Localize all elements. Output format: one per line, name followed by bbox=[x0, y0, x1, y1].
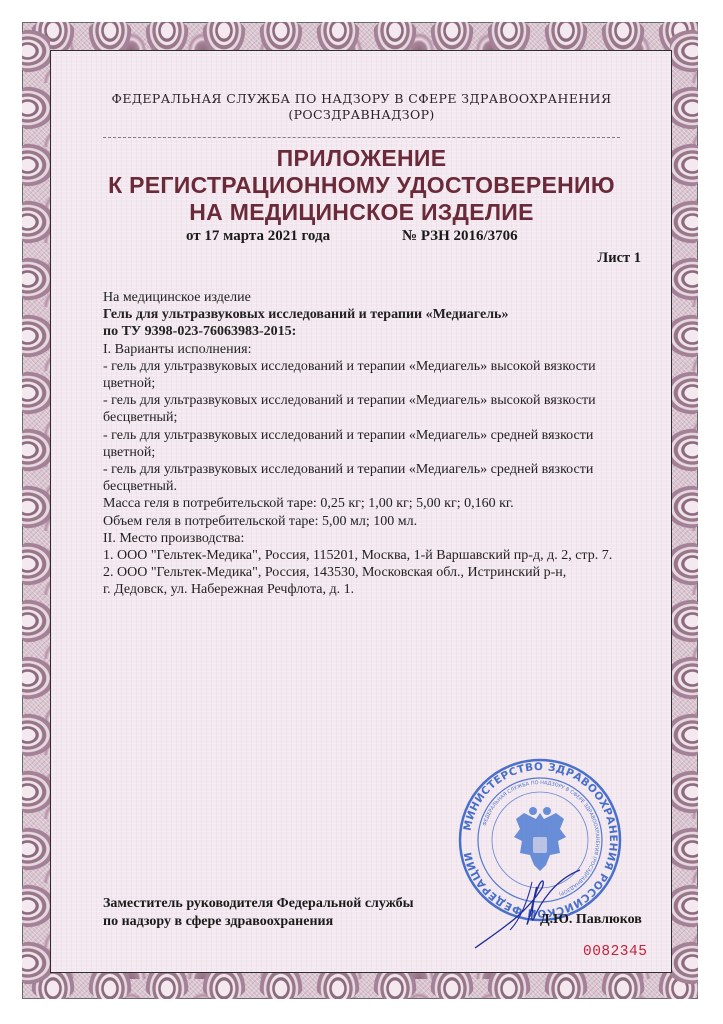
border-top-pattern bbox=[22, 22, 698, 52]
registration-number: № РЗН 2016/3706 bbox=[402, 228, 518, 245]
guilloche-rosette bbox=[600, 22, 646, 52]
guilloche-rosette bbox=[22, 826, 50, 872]
guilloche-rosette bbox=[22, 769, 50, 815]
guilloche-rosette bbox=[22, 370, 50, 416]
guilloche-rosette bbox=[258, 22, 304, 52]
guilloche-rosette bbox=[22, 541, 50, 587]
guilloche-rosette bbox=[87, 971, 133, 999]
registration-date: от 17 марта 2021 года bbox=[186, 228, 330, 245]
guilloche-rosette bbox=[670, 712, 698, 758]
guilloche-rosette bbox=[22, 940, 50, 986]
guilloche-rosette bbox=[670, 256, 698, 302]
signatory-position-line2: по надзору в сфере здравоохранения bbox=[103, 913, 414, 931]
guilloche-rosette bbox=[372, 22, 418, 52]
guilloche-rosette bbox=[670, 313, 698, 359]
body-line: Масса геля в потребительской таре: 0,25 … bbox=[103, 495, 643, 512]
guilloche-rosette bbox=[486, 22, 532, 52]
guilloche-rosette bbox=[670, 28, 698, 74]
guilloche-rosette bbox=[670, 370, 698, 416]
guilloche-rosette bbox=[670, 655, 698, 701]
guilloche-rosette bbox=[670, 769, 698, 815]
border-bottom-pattern bbox=[22, 971, 698, 999]
body-line: цветной; bbox=[103, 375, 643, 392]
body-line: бесцветный; bbox=[103, 409, 643, 426]
guilloche-rosette bbox=[22, 712, 50, 758]
body-line: I. Варианты исполнения: bbox=[103, 341, 643, 358]
guilloche-rosette bbox=[87, 22, 133, 52]
guilloche-rosette bbox=[670, 598, 698, 644]
body-line: II. Место производства: bbox=[103, 530, 643, 547]
body-line: Объем геля в потребительской таре: 5,00 … bbox=[103, 513, 643, 530]
signatory-name: Д.Ю. Павлюков bbox=[540, 912, 642, 928]
guilloche-rosette bbox=[315, 971, 361, 999]
body-line: - гель для ультразвуковых исследований и… bbox=[103, 461, 643, 478]
body-line: - гель для ультразвуковых исследований и… bbox=[103, 392, 643, 409]
guilloche-rosette bbox=[201, 22, 247, 52]
guilloche-rosette bbox=[22, 28, 50, 74]
guilloche-rosette bbox=[543, 22, 589, 52]
guilloche-rosette bbox=[670, 883, 698, 929]
guilloche-rosette bbox=[258, 971, 304, 999]
guilloche-rosette bbox=[670, 826, 698, 872]
document-body: На медицинское изделиеГель для ультразву… bbox=[103, 289, 643, 599]
body-line: - гель для ультразвуковых исследований и… bbox=[103, 358, 643, 375]
guilloche-rosette bbox=[22, 313, 50, 359]
header-divider bbox=[103, 137, 620, 138]
guilloche-rosette bbox=[144, 971, 190, 999]
guilloche-rosette bbox=[201, 971, 247, 999]
body-line: цветной; bbox=[103, 444, 643, 461]
guilloche-rosette bbox=[600, 971, 646, 999]
guilloche-rosette bbox=[486, 971, 532, 999]
agency-name: ФЕДЕРАЛЬНАЯ СЛУЖБА ПО НАДЗОРУ В СФЕРЕ ЗД… bbox=[0, 91, 723, 106]
guilloche-rosette bbox=[22, 484, 50, 530]
guilloche-rosette bbox=[22, 427, 50, 473]
handwritten-signature-icon bbox=[470, 860, 590, 950]
body-line: - гель для ультразвуковых исследований и… bbox=[103, 427, 643, 444]
guilloche-rosette bbox=[22, 655, 50, 701]
document-title-line2: К РЕГИСТРАЦИОННОМУ УДОСТОВЕРЕНИЮ bbox=[0, 172, 723, 199]
signatory-position-line1: Заместитель руководителя Федеральной слу… bbox=[103, 895, 414, 913]
guilloche-rosette bbox=[670, 541, 698, 587]
guilloche-rosette bbox=[429, 22, 475, 52]
body-line: по ТУ 9398-023-76063983-2015: bbox=[103, 323, 643, 340]
serial-number: 0082345 bbox=[583, 944, 647, 960]
guilloche-rosette bbox=[429, 971, 475, 999]
sheet-number: Лист 1 bbox=[597, 250, 641, 267]
guilloche-rosette bbox=[22, 256, 50, 302]
guilloche-rosette bbox=[372, 971, 418, 999]
guilloche-rosette bbox=[543, 971, 589, 999]
agency-abbreviation: (РОСЗДРАВНАДЗОР) bbox=[0, 107, 723, 122]
body-line: г. Дедовск, ул. Набережная Речфлота, д. … bbox=[103, 581, 643, 598]
document-title-line1: ПРИЛОЖЕНИЕ bbox=[0, 145, 723, 172]
signatory-position: Заместитель руководителя Федеральной слу… bbox=[103, 895, 414, 930]
guilloche-rosette bbox=[670, 427, 698, 473]
body-line: бесцветный. bbox=[103, 478, 643, 495]
document-title-line3: НА МЕДИЦИНСКОЕ ИЗДЕЛИЕ bbox=[0, 199, 723, 226]
body-line: 1. ООО "Гельтек-Медика", Россия, 115201,… bbox=[103, 547, 643, 564]
guilloche-rosette bbox=[144, 22, 190, 52]
guilloche-rosette bbox=[670, 484, 698, 530]
guilloche-rosette bbox=[22, 883, 50, 929]
guilloche-rosette bbox=[315, 22, 361, 52]
guilloche-rosette bbox=[670, 940, 698, 986]
body-line: 2. ООО "Гельтек-Медика", Россия, 143530,… bbox=[103, 564, 643, 581]
body-line: Гель для ультразвуковых исследований и т… bbox=[103, 306, 643, 323]
body-line: На медицинское изделие bbox=[103, 289, 643, 306]
guilloche-rosette bbox=[22, 598, 50, 644]
